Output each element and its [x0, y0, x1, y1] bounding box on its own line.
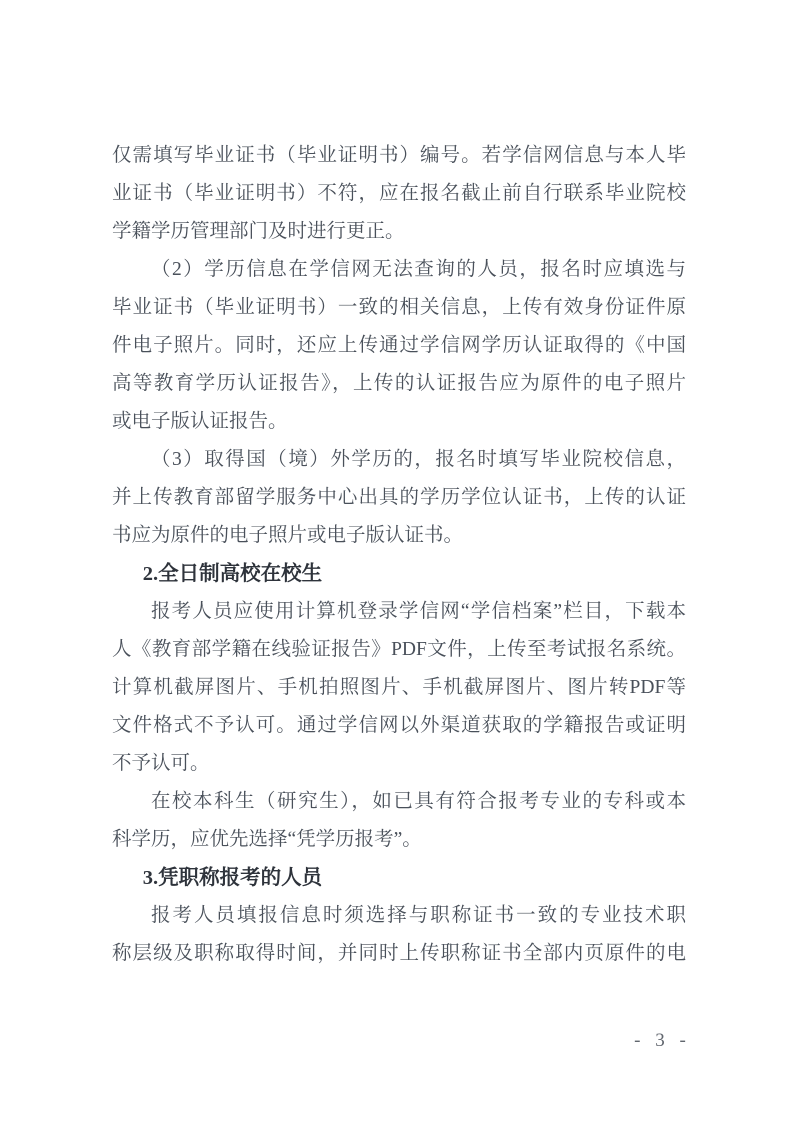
section-heading: 3.凭职称报考的人员 — [112, 859, 686, 897]
text-line: 业证书（毕业证明书）不符，应在报名截止前自行联系毕业院校 — [112, 175, 686, 213]
text-line: 在校本科生（研究生），如已具有符合报考专业的专科或本 — [112, 783, 686, 821]
section-heading: 2.全日制高校在校生 — [112, 555, 686, 593]
text-line: 不予认可。 — [112, 745, 686, 783]
text-line: 人《教育部学籍在线验证报告》PDF文件，上传至考试报名系统。 — [112, 631, 686, 669]
page-number: - 3 - — [624, 1029, 700, 1053]
text-line: 学籍学历管理部门及时进行更正。 — [112, 213, 686, 251]
document-page: 仅需填写毕业证书（毕业证明书）编号。若学信网信息与本人毕业证书（毕业证明书）不符… — [0, 0, 793, 1122]
text-line: 书应为原件的电子照片或电子版认证书。 — [112, 517, 686, 555]
text-line: 称层级及职称取得时间，并同时上传职称证书全部内页原件的电 — [112, 935, 686, 973]
text-line: （2）学历信息在学信网无法查询的人员，报名时应填选与 — [112, 251, 686, 289]
text-line: 报考人员填报信息时须选择与职称证书一致的专业技术职 — [112, 897, 686, 935]
text-line: （3）取得国（境）外学历的，报名时填写毕业院校信息， — [112, 441, 686, 479]
text-line: 科学历，应优先选择“凭学历报考”。 — [112, 821, 686, 859]
document-body: 仅需填写毕业证书（毕业证明书）编号。若学信网信息与本人毕业证书（毕业证明书）不符… — [112, 137, 686, 973]
text-line: 计算机截屏图片、手机拍照图片、手机截屏图片、图片转PDF等 — [112, 669, 686, 707]
text-line: 仅需填写毕业证书（毕业证明书）编号。若学信网信息与本人毕 — [112, 137, 686, 175]
text-line: 文件格式不予认可。通过学信网以外渠道获取的学籍报告或证明 — [112, 707, 686, 745]
text-line: 件电子照片。同时，还应上传通过学信网学历认证取得的《中国 — [112, 327, 686, 365]
text-line: 并上传教育部留学服务中心出具的学历学位认证书，上传的认证 — [112, 479, 686, 517]
text-line: 或电子版认证报告。 — [112, 403, 686, 441]
text-line: 报考人员应使用计算机登录学信网“学信档案”栏目，下载本 — [112, 593, 686, 631]
text-line: 高等教育学历认证报告》，上传的认证报告应为原件的电子照片 — [112, 365, 686, 403]
text-line: 毕业证书（毕业证明书）一致的相关信息，上传有效身份证件原 — [112, 289, 686, 327]
